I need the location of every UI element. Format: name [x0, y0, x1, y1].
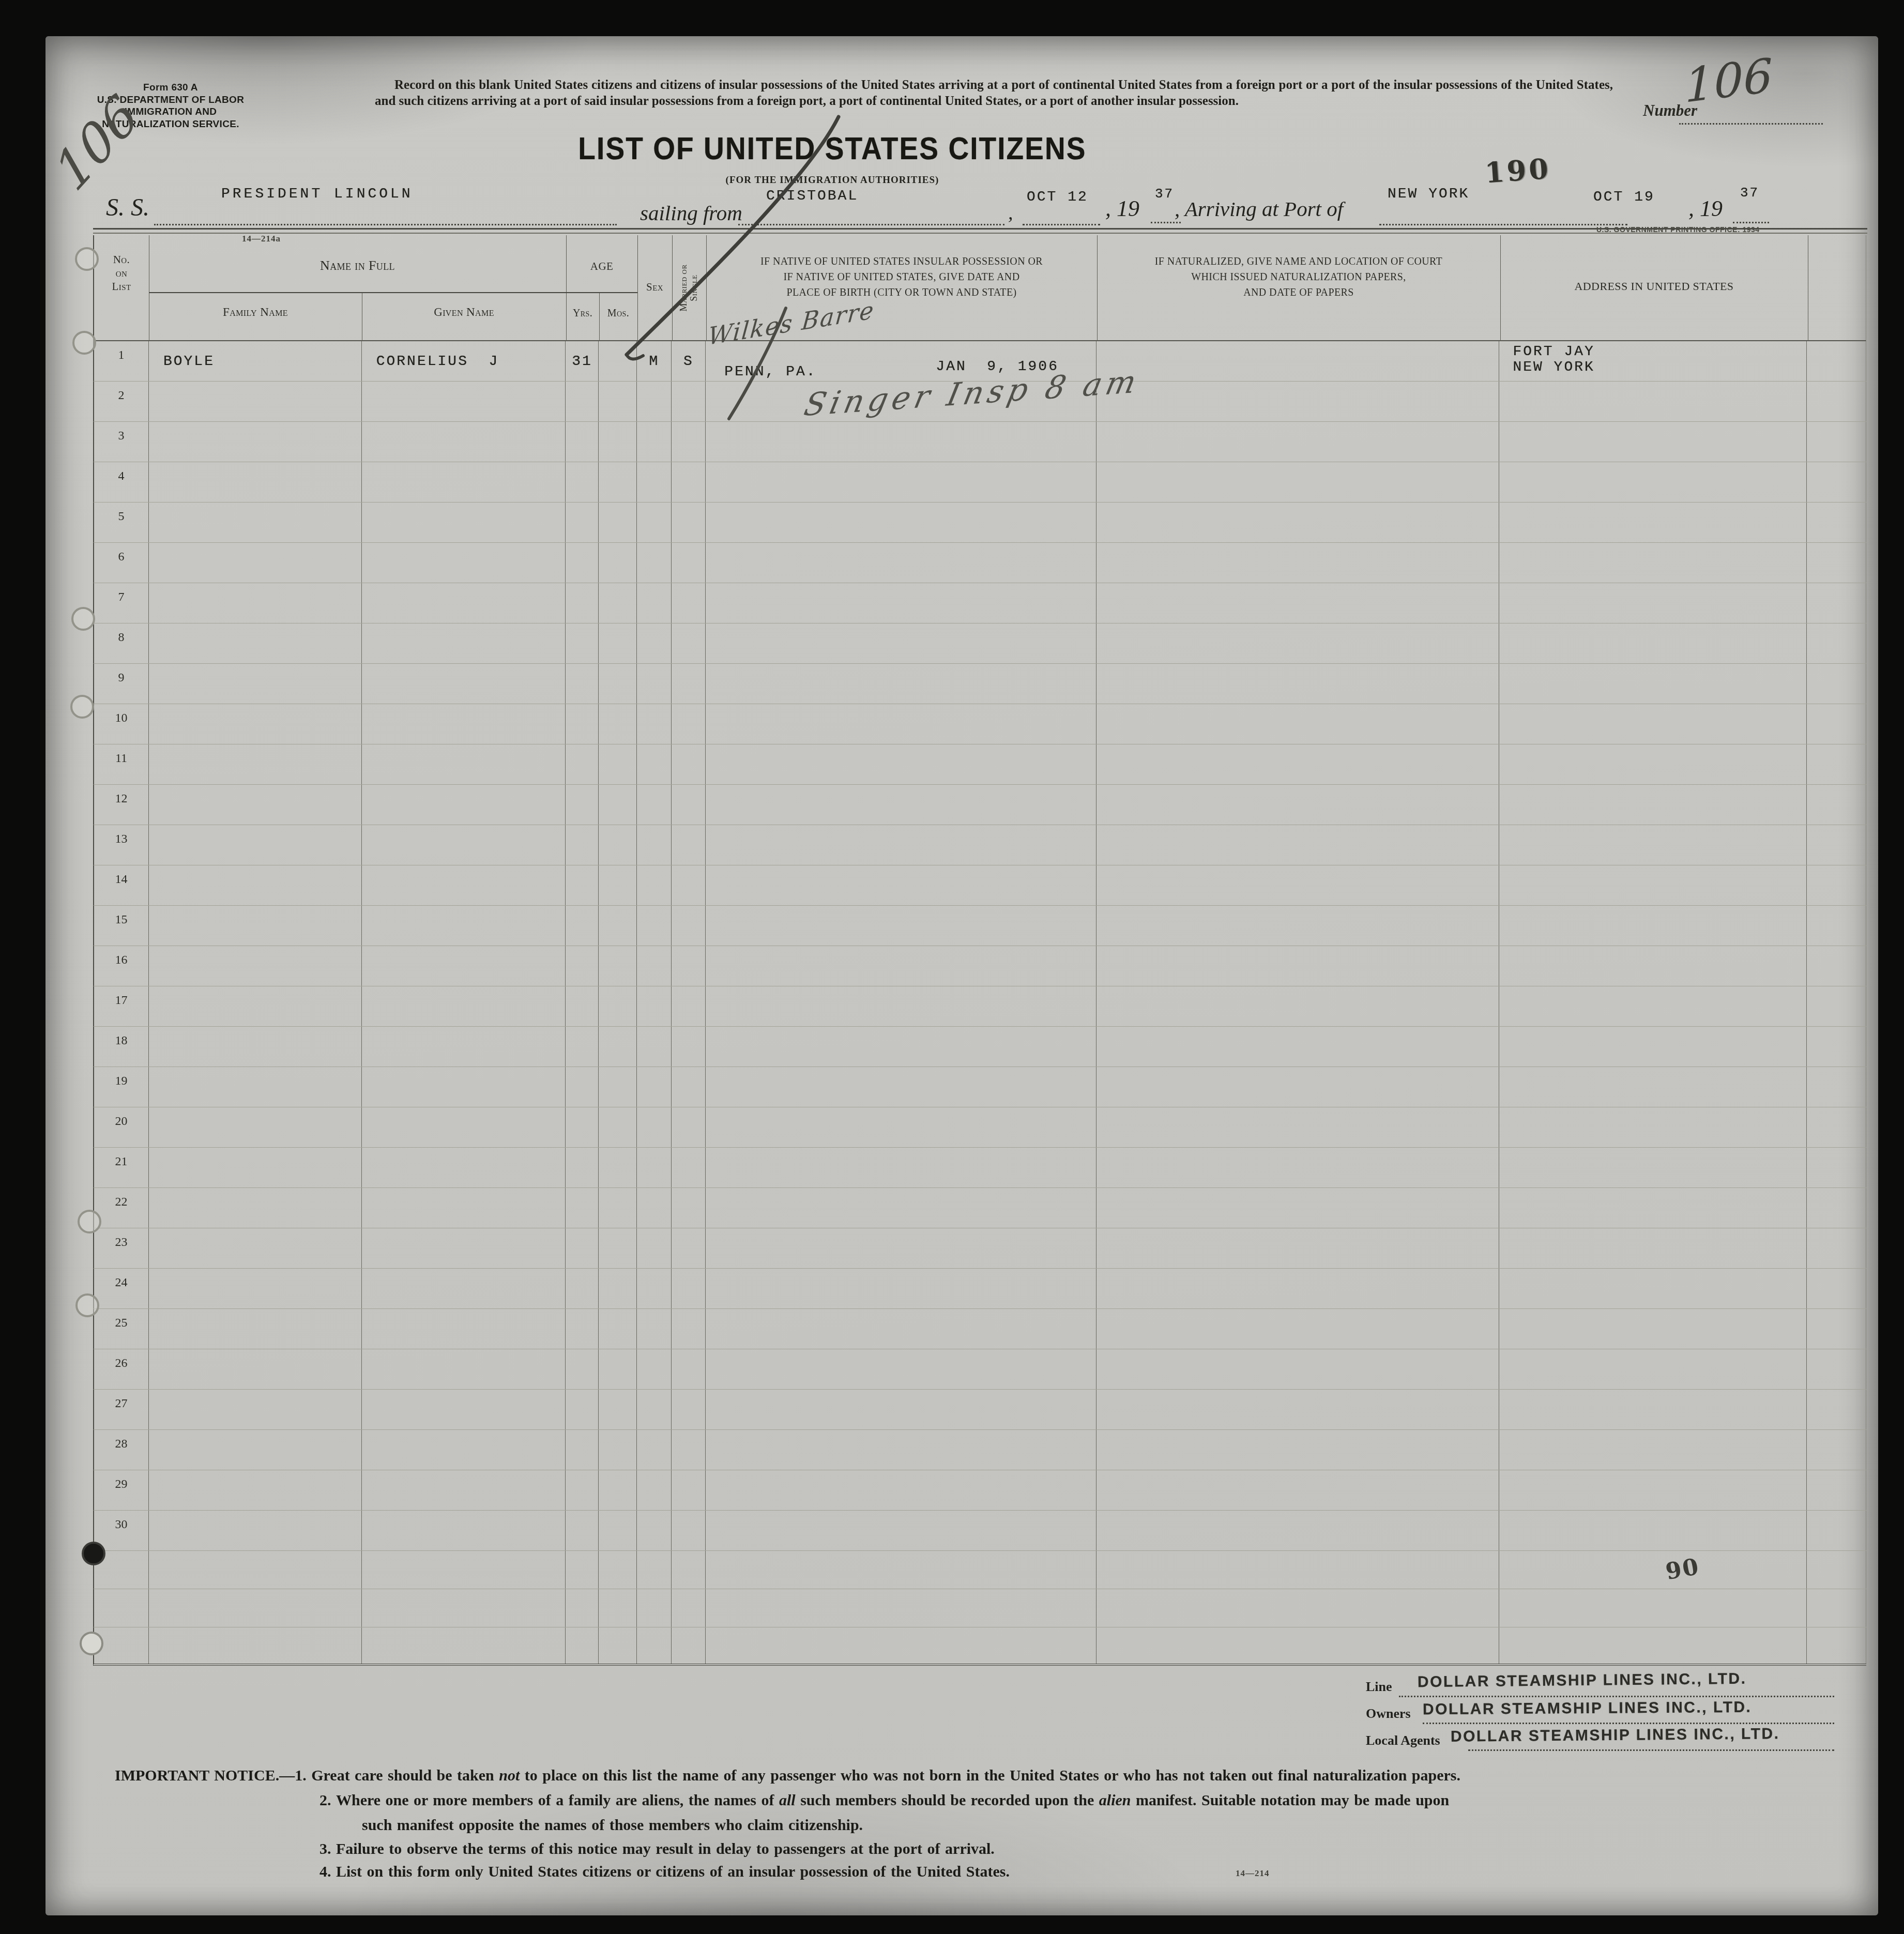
local-agents-label: Local Agents [1366, 1733, 1440, 1748]
hole-punch [70, 695, 94, 719]
hole-punch [82, 1542, 105, 1565]
owners-value-stamp: DOLLAR STEAMSHIP LINES INC., LTD. [1423, 1699, 1752, 1718]
local-agents-value-stamp: DOLLAR STEAMSHIP LINES INC., LTD. [1451, 1725, 1780, 1746]
scanned-manifest-page: Form 630 A U.S. DEPARTMENT OF LABOR IMMI… [0, 0, 1904, 1934]
hole-punch [75, 247, 99, 271]
hole-punch [71, 607, 95, 631]
hole-punch [78, 1210, 101, 1234]
notice-line-4: 3. Failure to observe the terms of this … [319, 1840, 995, 1858]
hole-punch [72, 331, 96, 355]
notice-heading: IMPORTANT NOTICE.— [115, 1767, 295, 1784]
line-value-stamp: DOLLAR STEAMSHIP LINES INC., LTD. [1418, 1670, 1747, 1692]
line-label: Line [1366, 1679, 1392, 1695]
notice-line-3: such manifest opposite the names of thos… [362, 1817, 863, 1834]
owners-rule [1423, 1723, 1834, 1724]
pen-marks [0, 0, 1904, 1934]
local-agents-rule [1468, 1749, 1834, 1751]
hole-punch [80, 1632, 103, 1655]
plate-code-bottom: 14—214 [1236, 1868, 1270, 1879]
notice-line-1: IMPORTANT NOTICE.—1. Great care should b… [115, 1767, 1460, 1785]
line-rule [1399, 1696, 1834, 1697]
hole-punch [75, 1293, 99, 1317]
notice-line-2: 2. Where one or more members of a family… [319, 1792, 1449, 1809]
notice-line-5: 4. List on this form only United States … [319, 1863, 1010, 1881]
owners-label: Owners [1366, 1706, 1411, 1722]
